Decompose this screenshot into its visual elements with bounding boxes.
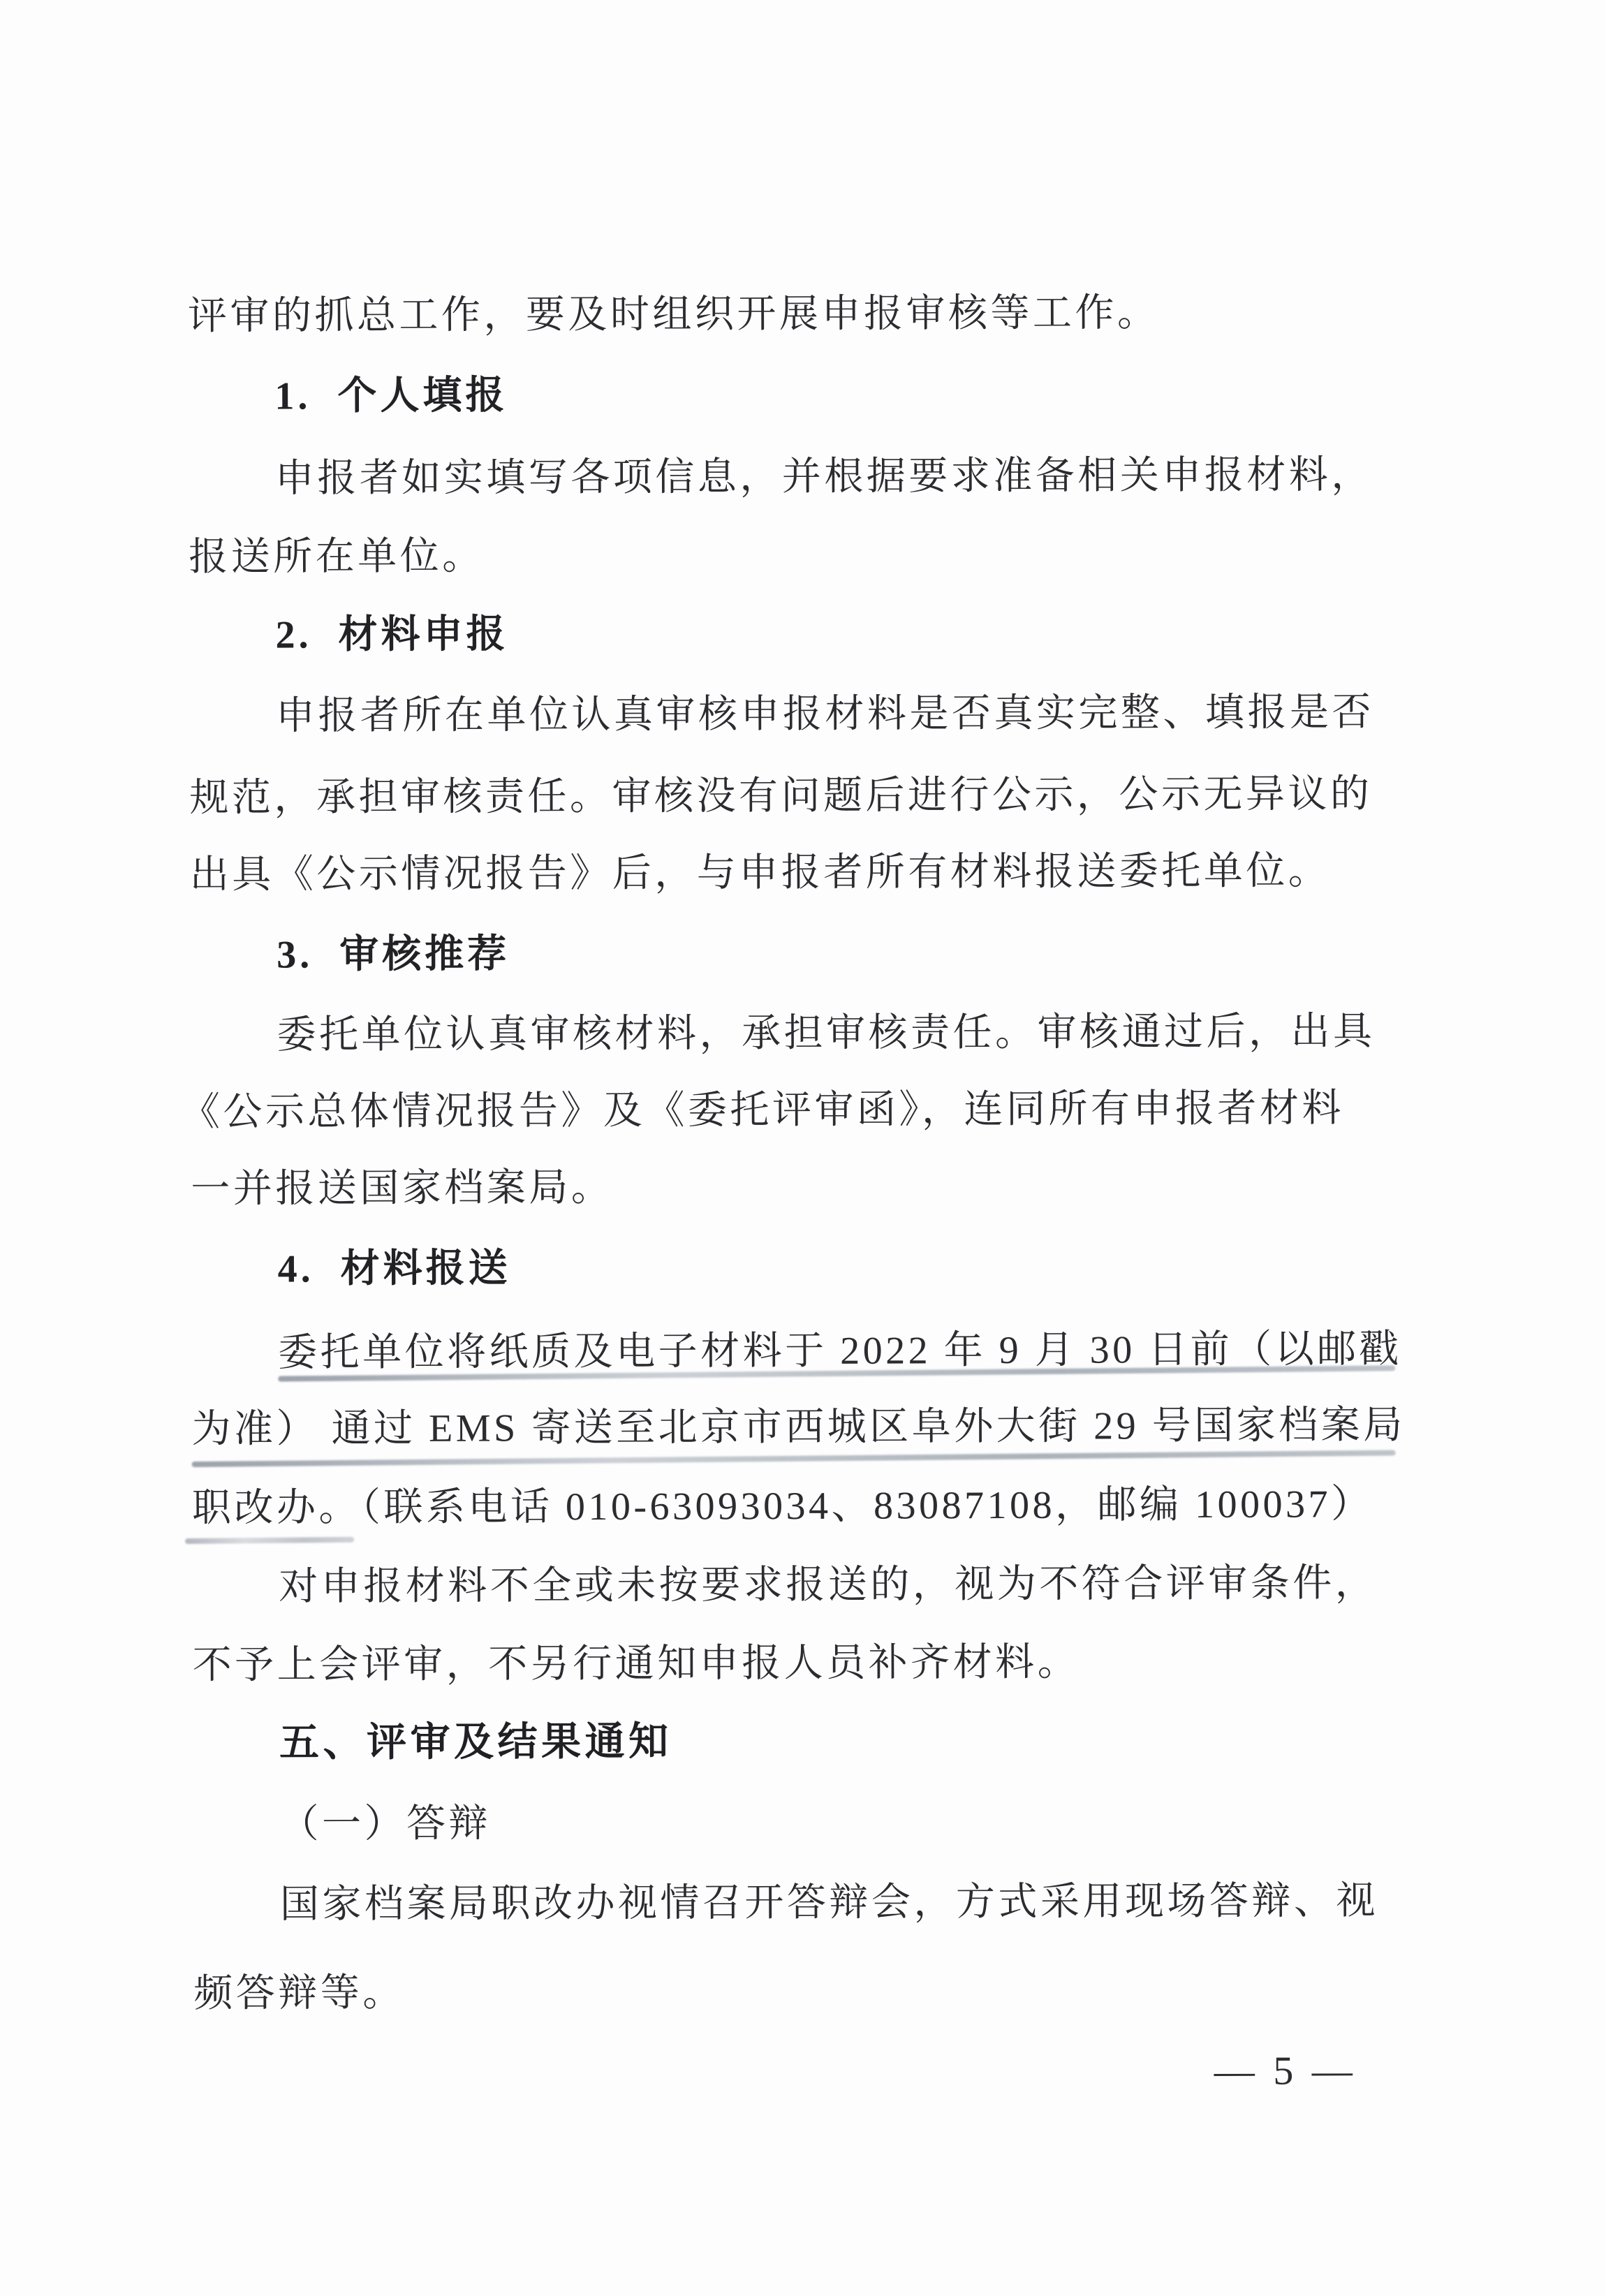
body-line: 对申报材料不全或未按要求报送的，视为不符合评审条件，	[279, 1561, 1377, 1609]
document-page: 评审的抓总工作，要及时组织开展申报审核等工作。 1. 个人填报 申报者如实填写各…	[0, 0, 1606, 2296]
body-line: 一并报送国家档案局。	[191, 1165, 613, 1212]
page-number: — 5 —	[1214, 2047, 1357, 2095]
body-line: 规范，承担审核责任。审核没有问题后进行公示，公示无异议的	[189, 772, 1372, 820]
body-line-contact-info: 职改办。（联系电话 010-63093034、83087108，邮编 10003…	[192, 1482, 1373, 1531]
subheading-2-material-declaration: 2. 材料申报	[275, 612, 508, 657]
scanned-text-block: 评审的抓总工作，要及时组织开展申报审核等工作。 1. 个人填报 申报者如实填写各…	[0, 0, 1606, 2296]
scan-underline-stroke	[185, 1537, 354, 1544]
body-line-underlined: 为准） 通过 EMS 寄送至北京市西城区阜外大街 29 号国家档案局	[191, 1403, 1405, 1452]
body-line: 出具《公示情况报告》后，与申报者所有材料报送委托单位。	[190, 848, 1331, 897]
subheading-4-material-submission: 4. 材料报送	[278, 1246, 511, 1291]
subheading-1-personal-filing: 1. 个人填报	[274, 373, 508, 418]
section-heading-5-review-and-result-notice: 五、评审及结果通知	[279, 1719, 672, 1765]
body-line: 国家档案局职改办视情召开答辩会，方式采用现场答辩、视	[280, 1878, 1378, 1927]
body-line: 评审的抓总工作，要及时组织开展申报审核等工作。	[188, 290, 1160, 339]
body-line: 不予上会评审，不另行通知申报人员补齐材料。	[193, 1640, 1080, 1688]
body-line: 频答辩等。	[193, 1971, 405, 2016]
body-line: 委托单位认真审核材料，承担审核责任。审核通过后，出具	[277, 1009, 1375, 1057]
body-line: 申报者所在单位认真审核申报材料是否真实完整、填报是否	[276, 690, 1374, 738]
body-line: 《公示总体情况报告》及《委托评审函》，连同所有申报者材料	[181, 1086, 1344, 1135]
subheading-3-review-recommendation: 3. 审核推荐	[277, 932, 510, 977]
body-line: 报送所在单位。	[189, 534, 485, 580]
scan-underline-stroke	[192, 1450, 1396, 1468]
body-line: 申报者如实填写各项信息，并根据要求准备相关申报材料，	[275, 452, 1373, 501]
subheading-5-1-defense: （一）答辩	[279, 1802, 491, 1847]
